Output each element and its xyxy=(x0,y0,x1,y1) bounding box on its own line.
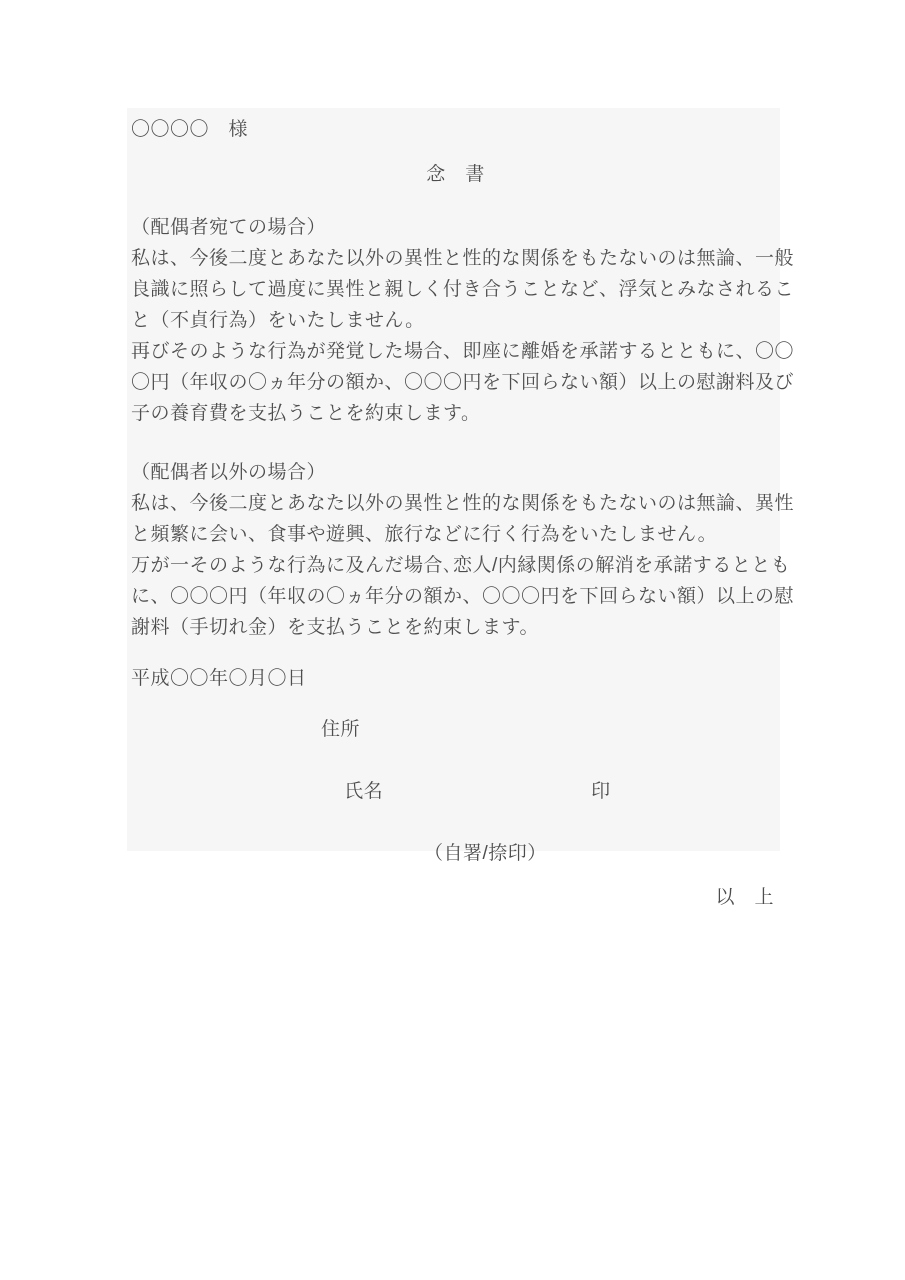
document-title: 念 書 xyxy=(131,159,780,190)
date-line: 平成〇〇年〇月〇日 xyxy=(131,663,780,694)
section2-body-line-2: と頻繁に会い、食事や遊興、旅行などに行く行為をいたしません。 xyxy=(131,519,780,550)
recipient-name: 〇〇〇〇 様 xyxy=(131,114,780,145)
name-seal-line: 氏名印 xyxy=(131,745,780,838)
section1-body-line-3: と（不貞行為）をいたしません。 xyxy=(131,305,780,336)
section1-body-line-1: 私は、今後二度とあなた以外の異性と性的な関係をもたないのは無論、一般 xyxy=(131,243,780,274)
section1-body-line-4: 再びそのような行為が発覚した場合、即座に離婚を承諾するとともに、〇〇 xyxy=(131,336,780,367)
section1-heading: （配偶者宛ての場合） xyxy=(131,212,780,243)
seal-label: 印 xyxy=(591,776,611,807)
section2-heading: （配偶者以外の場合） xyxy=(131,457,780,488)
memo-document: 〇〇〇〇 様 念 書 （配偶者宛ての場合） 私は、今後二度とあなた以外の異性と性… xyxy=(127,108,780,851)
name-label: 氏名 xyxy=(344,781,383,802)
section2-body-line-4: に、〇〇〇円（年収の〇ヵ年分の額か、〇〇〇円を下回らない額）以上の慰 xyxy=(131,581,780,612)
section2-body-line-1: 私は、今後二度とあなた以外の異性と性的な関係をもたないのは無論、異性 xyxy=(131,488,780,519)
section1-body-line-5: 〇円（年収の〇ヵ年分の額か、〇〇〇円を下回らない額）以上の慰謝料及び xyxy=(131,367,780,398)
section1-body-line-6: 子の養育費を支払うことを約束します。 xyxy=(131,398,780,429)
address-label: 住所 xyxy=(131,714,780,745)
section2-body-line-3: 万が一そのような行為に及んだ場合､恋人/内縁関係の解消を承諾するととも xyxy=(131,550,780,581)
signature-note: （自署/捺印） xyxy=(131,838,780,869)
closing-phrase: 以 上 xyxy=(131,882,780,913)
section2-body-line-5: 謝料（手切れ金）を支払うことを約束します。 xyxy=(131,612,780,643)
section1-body-line-2: 良識に照らして過度に異性と親しく付き合うことなど、浮気とみなされるこ xyxy=(131,274,780,305)
